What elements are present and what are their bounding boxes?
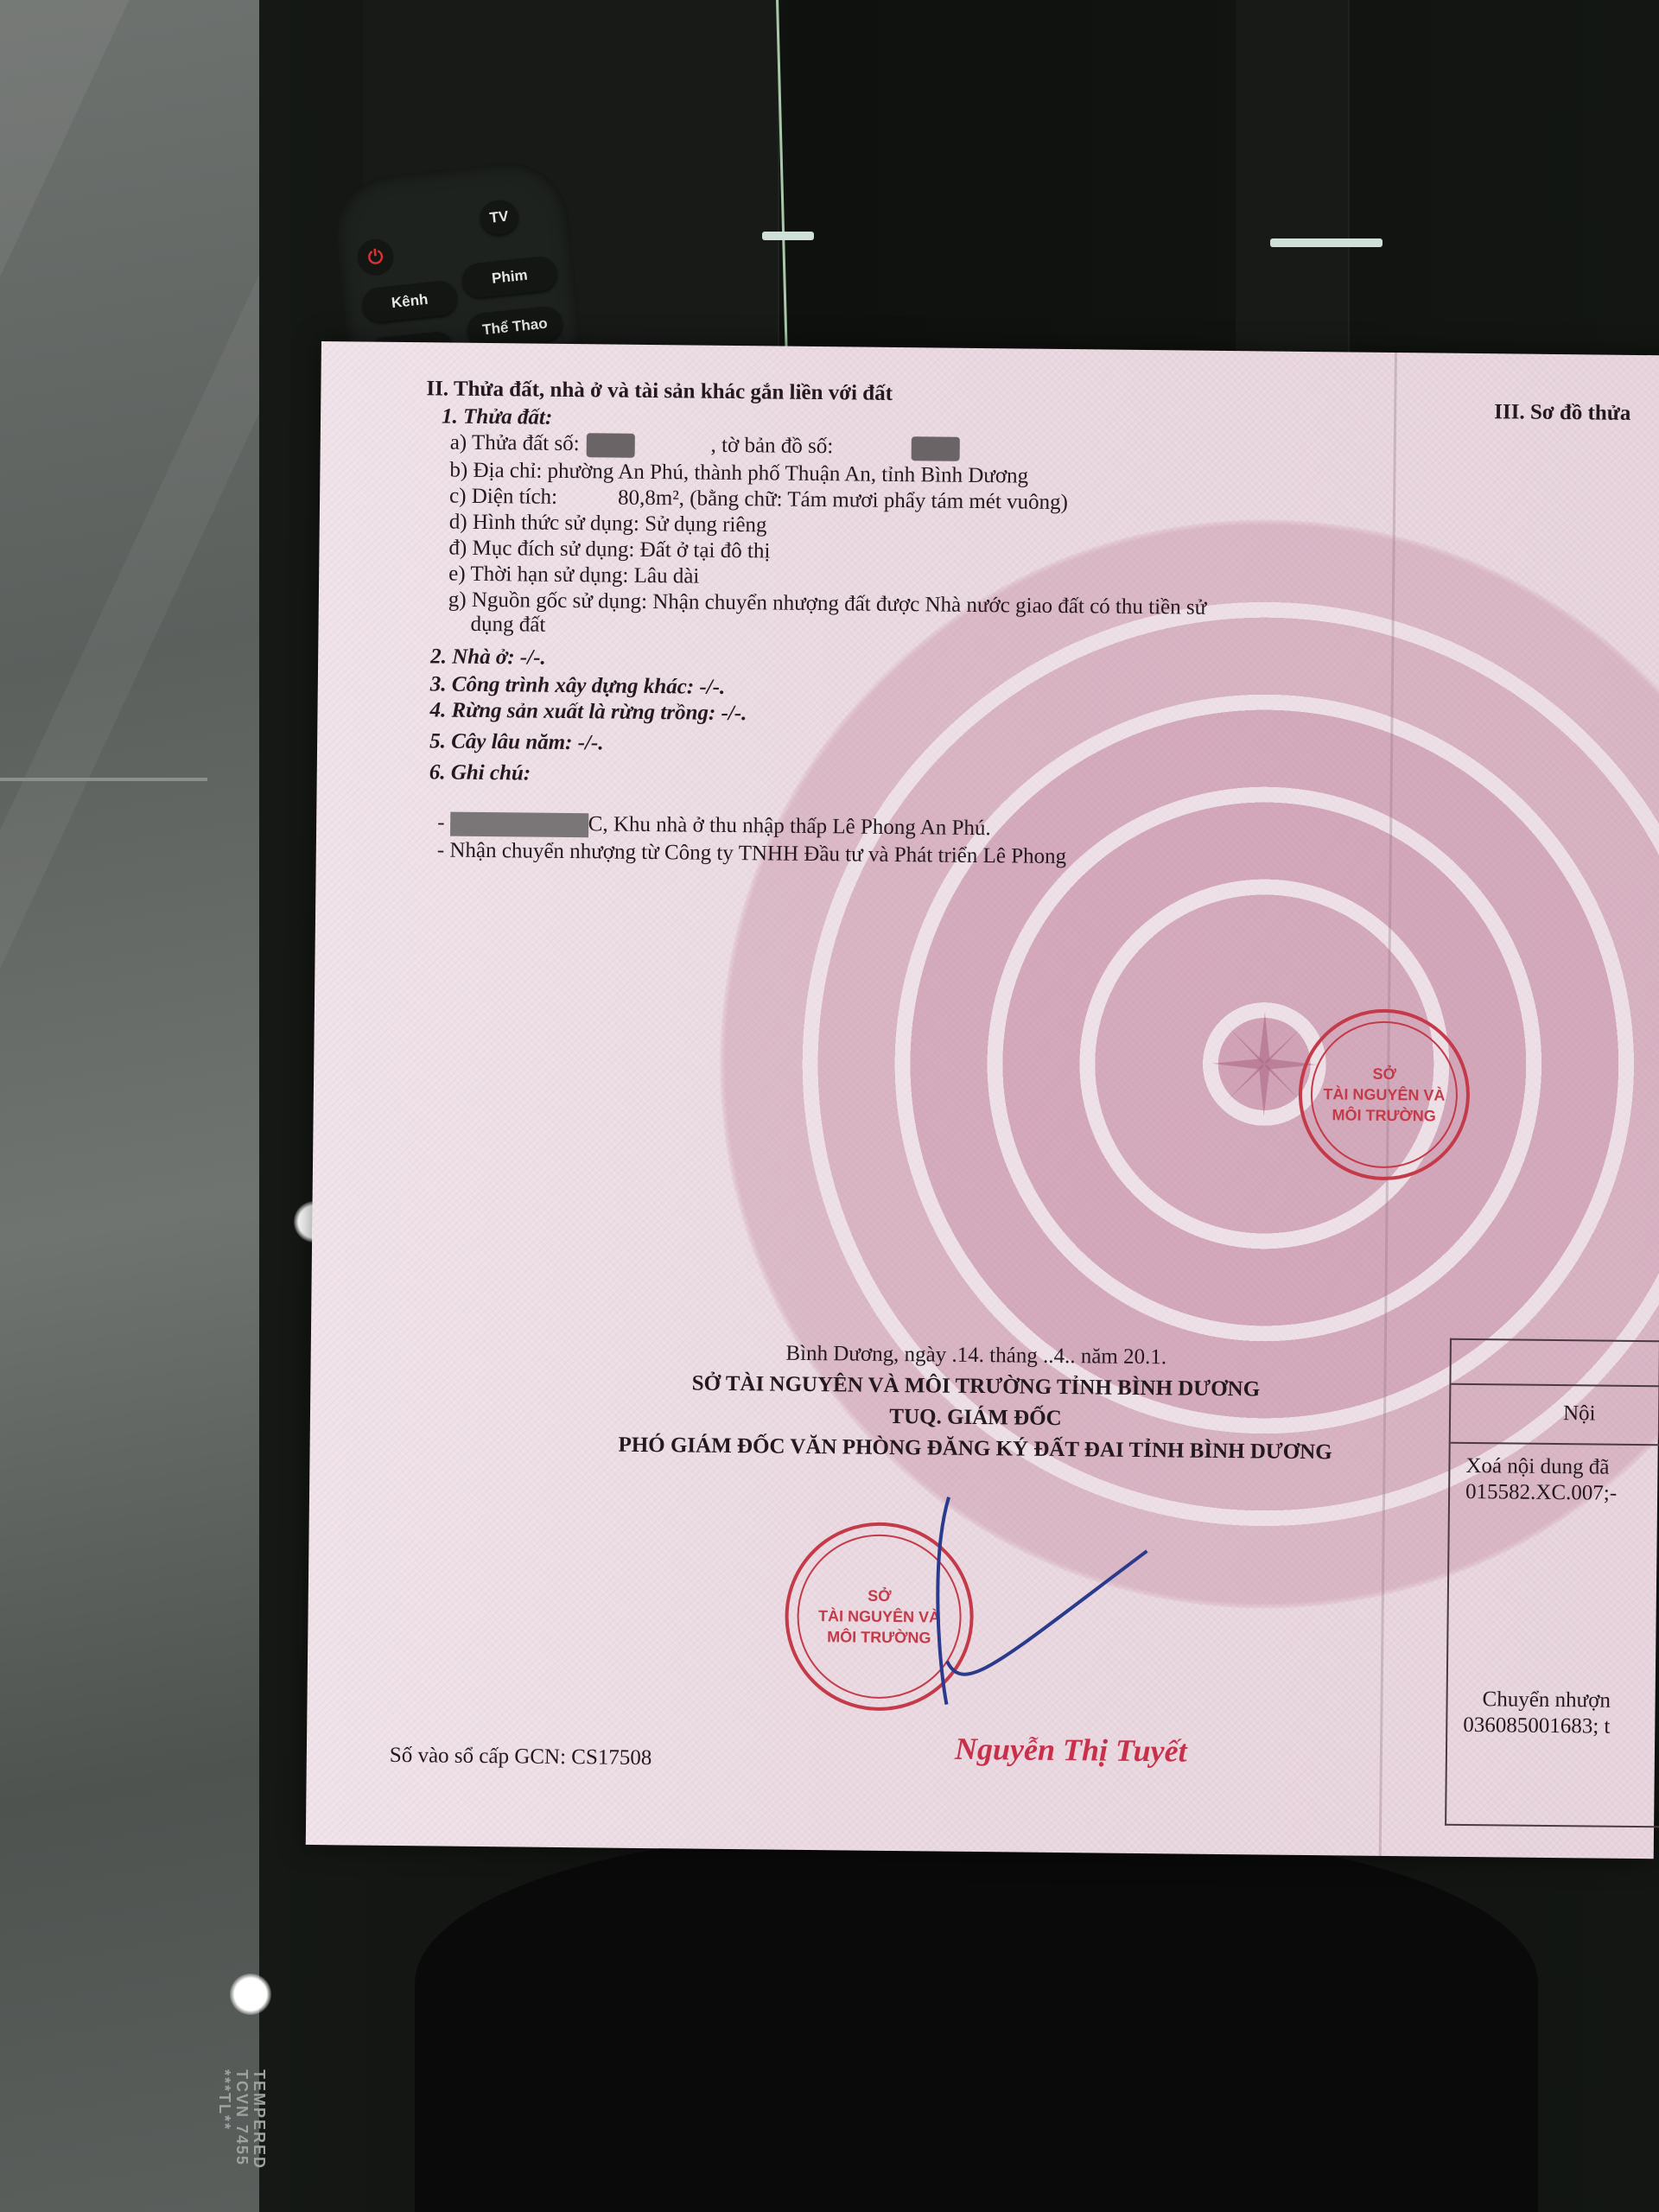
remote-tv-button[interactable]: TV [479,198,520,236]
note-2: - Nhận chuyển nhượng từ Công ty TNHH Đầu… [437,836,1067,870]
remote-movies-button[interactable]: Phim [461,255,559,299]
item-forest: 4. Rừng sản xuất là rừng trồng: -/-. [429,696,747,727]
changes-table: Nội Xoá nội dung đã 015582.XC.007;- Chuy… [1445,1338,1659,1828]
item-notes: 6. Ghi chú: [429,759,531,786]
item-perennial-trees: 5. Cây lâu năm: -/-. [429,728,604,756]
section-title: II. Thửa đất, nhà ở và tài sản khác gắn … [426,375,893,407]
redacted-parcel [586,433,634,458]
glass-label: TEMPERED TCVN 7455 ***TL** [216,2069,268,2170]
item-house: 2. Nhà ở: -/-. [430,643,546,671]
signature-stroke-icon [929,1488,1156,1715]
table-cell: Xoá nội dung đã [1465,1452,1609,1481]
usage-origin-row-2: dụng đất [470,611,545,639]
usage-term-row: e) Thời hạn sử dụng: Lâu dài [448,561,699,590]
item-other-construction: 3. Công trình xây dựng khác: -/-. [430,671,726,701]
signer-name: Nguyễn Thị Tuyết [955,1731,1187,1770]
redacted-note [450,812,588,838]
table-cell: 015582.XC.007;- [1465,1478,1617,1507]
marble-wall [0,0,259,2212]
power-icon[interactable]: ⏻ [356,238,396,277]
land-heading: 1. Thửa đất: [442,403,553,430]
glint [762,232,814,240]
light-dot [230,1974,271,2015]
marble-seam [0,778,207,781]
glint [1270,238,1382,247]
section-right-title: III. Sơ đồ thửa [1494,398,1630,427]
registry-number: Số vào sổ cấp GCN: CS17508 [390,1742,652,1771]
remote-channel-button[interactable]: Kênh [360,279,459,323]
land-use-certificate: II. Thửa đất, nhà ở và tài sản khác gắn … [306,341,1659,1859]
table-cell: 036085001683; t [1463,1712,1610,1740]
parcel-number-row: a) Thửa đất số:, tờ bản đồ số: [450,429,967,462]
redacted-map [911,436,959,461]
table-cell: Chuyển nhượn [1482,1686,1611,1714]
official-seal: SỞ TÀI NGUYÊN VÀ MÔI TRƯỜNG [1298,1008,1471,1181]
table-header: Nội [1563,1400,1596,1427]
person-shirt [415,1832,1538,2212]
